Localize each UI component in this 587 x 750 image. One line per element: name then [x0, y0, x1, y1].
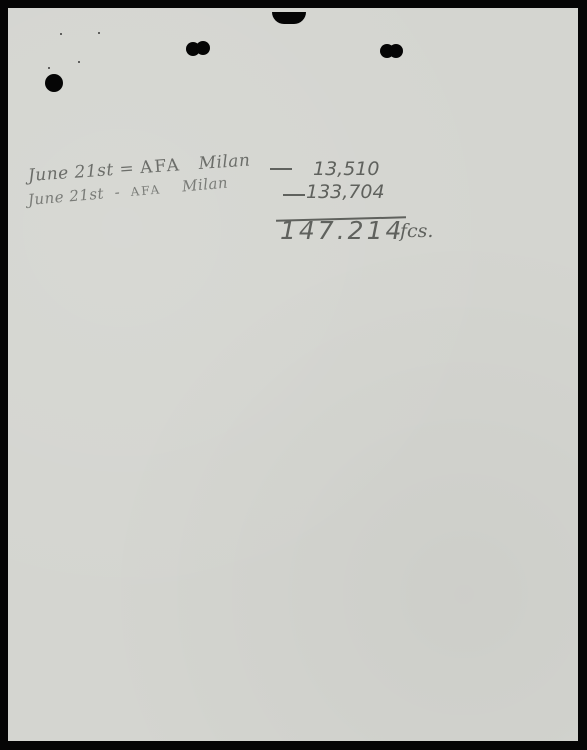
top-notch [272, 12, 306, 24]
punch-hole-double-2b [389, 44, 403, 58]
punch-hole-double-1b [196, 41, 210, 55]
entry-2-destination: Milan [181, 174, 228, 196]
speck [48, 67, 50, 69]
punch-hole-left [45, 74, 63, 92]
entry-2-separator: - [114, 183, 121, 201]
entry-1-separator: = [119, 159, 135, 180]
speck [98, 32, 100, 34]
total-unit: fcs. [400, 220, 433, 242]
speck [60, 33, 62, 35]
entry-2-carrier: AFA [130, 182, 162, 199]
total-amount: 147.214 [280, 216, 404, 245]
amount-2-dash [283, 194, 305, 196]
amount-2: 133,704 [306, 181, 385, 203]
entry-1-date: June 21st [27, 160, 114, 186]
entry-2-date: June 21st [27, 184, 105, 209]
speck [78, 61, 80, 63]
paper-sheet: June 21st = AFA Milan June 21st - AFA Mi… [8, 8, 578, 741]
entry-1-destination: Milan [198, 150, 251, 174]
amount-1-dash [270, 168, 292, 170]
entry-1-carrier: AFA [139, 155, 181, 178]
amount-1: 13,510 [313, 158, 379, 180]
